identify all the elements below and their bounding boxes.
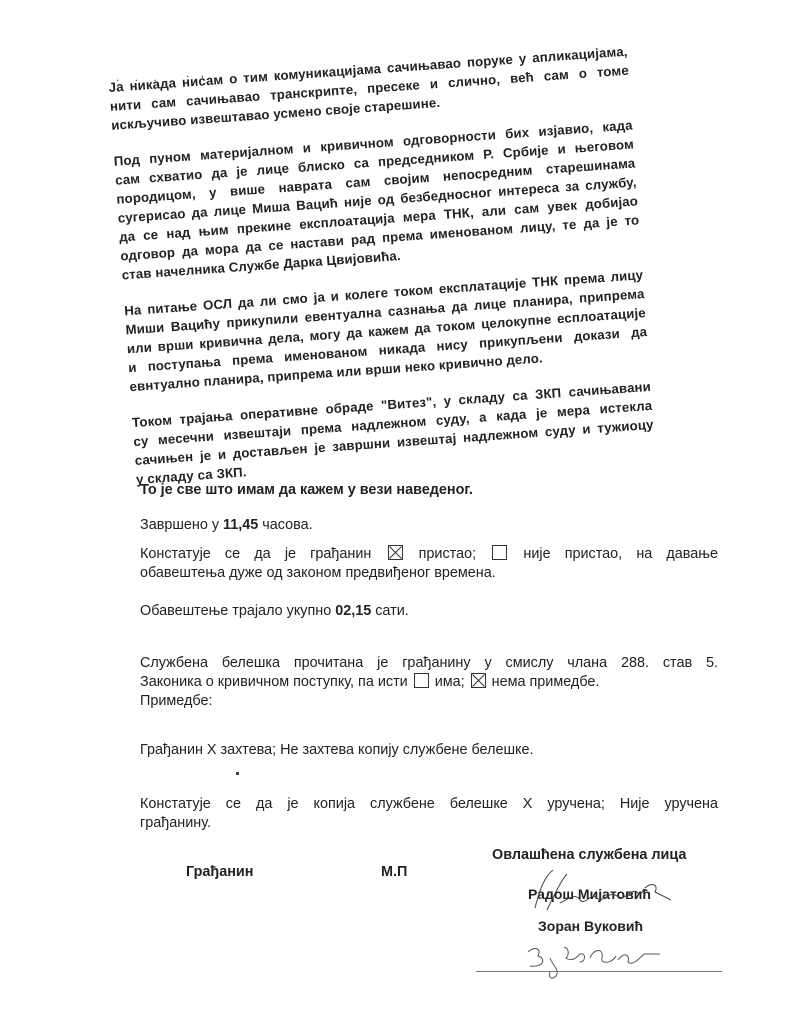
statement-paragraph-3: На питање ОСЛ да ли смо ја и колеге токо… xyxy=(124,261,709,396)
copy-delivered-block: Констатује се да је копија службене беле… xyxy=(140,795,718,833)
duration-value: 02,15 xyxy=(335,603,371,619)
signature-line xyxy=(476,971,722,972)
consent-line-2: обавештења дуже од законом предвиђеног в… xyxy=(140,564,718,583)
has-remarks-checkbox[interactable] xyxy=(414,673,429,688)
official-2-name: Зоран Вуковић xyxy=(538,918,643,934)
copy-delivered-line-2: грађанину. xyxy=(140,814,718,833)
statement-paragraph-4: Током трајања оперативне обраде "Витез",… xyxy=(131,373,715,489)
copy-delivered-line-1: Констатује се да је копија службене беле… xyxy=(140,795,718,814)
consent-block: Констатује се да је грађанин пристао; ни… xyxy=(140,545,718,583)
scan-artifact-speck xyxy=(236,772,239,775)
stamp-label: М.П xyxy=(381,864,407,880)
finished-time-line: Завршено у 11,45 часова. xyxy=(140,516,718,535)
document-page: . . . . , Ја никада нисам о тим комуника… xyxy=(0,0,787,1024)
statement-paragraph-2: Под пуном материјалном и кривичном одгов… xyxy=(113,111,701,284)
citizen-label: Грађанин xyxy=(186,864,253,880)
officials-label: Овлашћена службена лица xyxy=(492,847,686,863)
copy-request-line: Грађанин Х захтева; Не захтева копију сл… xyxy=(140,741,718,760)
final-statement: То је све што имам да кажем у вези навед… xyxy=(140,481,718,500)
signature-2-icon xyxy=(520,940,680,982)
finished-time: 11,45 xyxy=(223,517,258,533)
read-line-1: Службена белешка прочитана је грађанину … xyxy=(140,654,718,673)
remarks-label: Примедбе: xyxy=(140,692,718,711)
duration-line: Обавештење трајало укупно 02,15 сати. xyxy=(140,602,718,621)
read-block: Службена белешка прочитана је грађанину … xyxy=(140,654,718,711)
statement-body: Ја никада нисам о тим комуникацијама сач… xyxy=(108,38,717,506)
consent-agreed-checkbox[interactable] xyxy=(388,545,403,560)
consent-not-agreed-checkbox[interactable] xyxy=(492,545,507,560)
no-remarks-checkbox[interactable] xyxy=(471,673,486,688)
read-line-2: Законика о кривичном поступку, па исти и… xyxy=(140,673,718,692)
signature-1-icon xyxy=(525,868,675,918)
consent-line-1: Констатује се да је грађанин пристао; ни… xyxy=(140,545,718,564)
